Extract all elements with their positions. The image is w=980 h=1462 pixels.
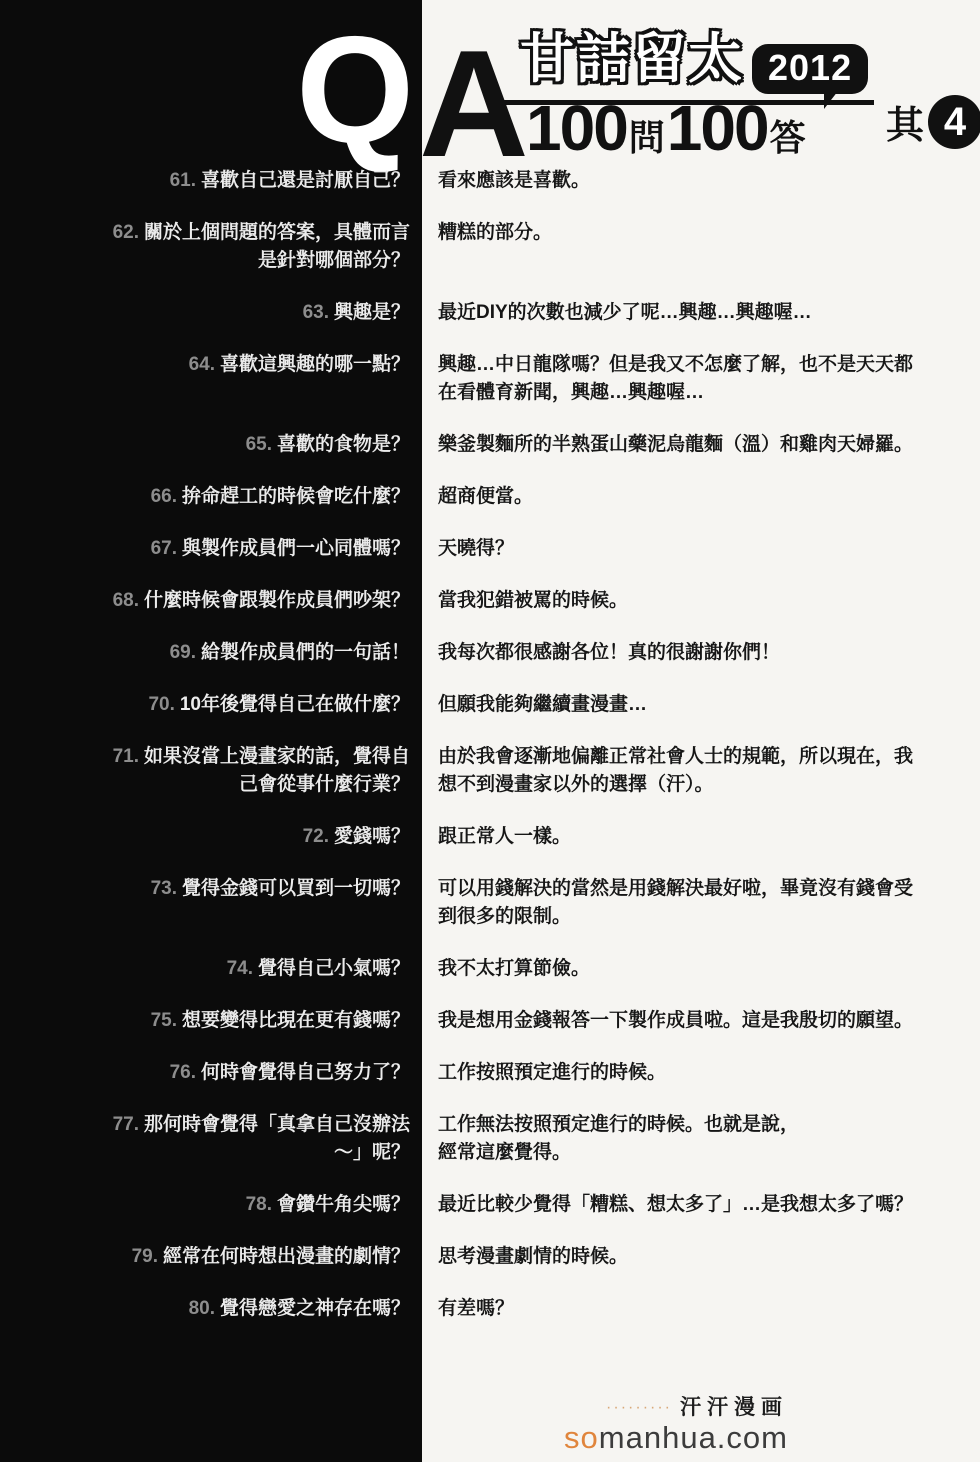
- qa-row: 80.覺得戀愛之神存在嗎？ 有差嗎？: [0, 1295, 980, 1323]
- qa-row: 74.覺得自己小氣嗎？ 我不太打算節儉。: [0, 955, 980, 983]
- watermark-dots: ·········: [606, 1399, 672, 1416]
- question-text: 給製作成員們的一句話！: [201, 642, 410, 663]
- answer-text: 由於我會逐漸地偏離正常社會人士的規範，所以現在，我 想不到漫畫家以外的選擇（汗）…: [438, 746, 913, 795]
- part-badge: 其 4: [886, 94, 980, 149]
- answer-cell: 天曉得？: [422, 535, 980, 563]
- question-text: 會鑽牛角尖嗎？: [277, 1194, 410, 1215]
- question-cell: 72.愛錢嗎？: [0, 823, 422, 851]
- qa-row: 66.拚命趕工的時候會吃什麼？ 超商便當。: [0, 483, 980, 511]
- answer-cell: 工作無法按照預定進行的時候。也就是說， 經常這麼覺得。: [422, 1111, 980, 1167]
- answer-text: 但願我能夠繼續畫漫畫…: [438, 694, 647, 715]
- qa-row: 69.給製作成員們的一句話！ 我每次都很感謝各位！真的很謝謝你們！: [0, 639, 980, 667]
- answer-text: 工作按照預定進行的時候。: [438, 1062, 666, 1083]
- question-text: 與製作成員們一心同體嗎？: [182, 538, 410, 559]
- answer-text: 有差嗎？: [438, 1298, 514, 1319]
- question-number: 65.: [246, 434, 272, 455]
- answer-cell: 最近DIY的次數也減少了呢…興趣…興趣喔…: [422, 299, 980, 327]
- question-number: 70.: [148, 694, 174, 715]
- qa-row: 73.覺得金錢可以買到一切嗎？ 可以用錢解決的當然是用錢解決最好啦，畢竟沒有錢會…: [0, 875, 980, 931]
- answer-cell: 可以用錢解決的當然是用錢解決最好啦，畢竟沒有錢會受 到很多的限制。: [422, 875, 980, 931]
- part-number-circle: 4: [928, 95, 980, 149]
- answer-text: 我是想用金錢報答一下製作成員啦。這是我殷切的願望。: [438, 1010, 913, 1031]
- question-text: 喜歡的食物是？: [277, 434, 410, 455]
- answer-text: 興趣…中日龍隊嗎？但是我又不怎麼了解，也不是天天都 在看體育新聞，興趣…興趣喔…: [438, 354, 913, 403]
- question-text: 喜歡自己還是討厭自己？: [201, 170, 410, 191]
- question-text: 想要變得比現在更有錢嗎？: [182, 1010, 410, 1031]
- question-number: 71.: [113, 746, 139, 767]
- question-text: 覺得戀愛之神存在嗎？: [220, 1298, 410, 1319]
- qa-row: 79.經常在何時想出漫畫的劇情？ 思考漫畫劇情的時候。: [0, 1243, 980, 1271]
- answer-text: 最近比較少覺得「糟糕、想太多了」…是我想太多了嗎？: [438, 1194, 913, 1215]
- author-name-logo: 甘詰留太: [520, 30, 744, 89]
- question-number: 67.: [151, 538, 177, 559]
- question-number: 68.: [113, 590, 139, 611]
- question-number: 69.: [170, 642, 196, 663]
- answer-cell: 跟正常人一樣。: [422, 823, 980, 851]
- qa-list: 61.喜歡自己還是討厭自己？ 看來應該是喜歡。 62.關於上個問題的答案，具體而…: [0, 167, 980, 1347]
- answer-text: 超商便當。: [438, 486, 533, 507]
- answer-cell: 思考漫畫劇情的時候。: [422, 1243, 980, 1271]
- answer-cell: 但願我能夠繼續畫漫畫…: [422, 691, 980, 719]
- watermark-url-tail: manhua.com: [599, 1420, 788, 1455]
- watermark-url: somanhua.com: [520, 1421, 788, 1455]
- question-cell: 69.給製作成員們的一句話！: [0, 639, 422, 667]
- question-cell: 77.那何時會覺得「真拿自己沒辦法 ～」呢？: [0, 1111, 422, 1167]
- question-cell: 62.關於上個問題的答案，具體而言 是針對哪個部分？: [0, 219, 422, 275]
- answer-text: 當我犯錯被罵的時候。: [438, 590, 628, 611]
- question-cell: 67.與製作成員們一心同體嗎？: [0, 535, 422, 563]
- question-number: 62.: [113, 222, 139, 243]
- answer-text: 糟糕的部分。: [438, 222, 552, 243]
- question-cell: 66.拚命趕工的時候會吃什麼？: [0, 483, 422, 511]
- question-text: 愛錢嗎？: [334, 826, 410, 847]
- answer-text: 最近DIY的次數也減少了呢…興趣…興趣喔…: [438, 302, 812, 323]
- part-prefix-label: 其: [886, 94, 924, 149]
- series-title-number: 100: [667, 96, 768, 160]
- qa-row: 62.關於上個問題的答案，具體而言 是針對哪個部分？ 糟糕的部分。: [0, 219, 980, 275]
- series-title-number: 100: [526, 96, 627, 160]
- question-cell: 79.經常在何時想出漫畫的劇情？: [0, 1243, 422, 1271]
- answer-cell: 興趣…中日龍隊嗎？但是我又不怎麼了解，也不是天天都 在看體育新聞，興趣…興趣喔…: [422, 351, 980, 407]
- question-cell: 63.興趣是？: [0, 299, 422, 327]
- answer-text: 我不太打算節儉。: [438, 958, 590, 979]
- question-cell: 64.喜歡這興趣的哪一點？: [0, 351, 422, 379]
- question-number: 66.: [151, 486, 177, 507]
- question-number: 73.: [151, 878, 177, 899]
- question-cell: 71.如果沒當上漫畫家的話，覺得自 己會從事什麼行業？: [0, 743, 422, 799]
- question-text: 喜歡這興趣的哪一點？: [220, 354, 410, 375]
- question-number: 74.: [227, 958, 253, 979]
- answer-cell: 由於我會逐漸地偏離正常社會人士的規範，所以現在，我 想不到漫畫家以外的選擇（汗）…: [422, 743, 980, 799]
- answer-cell: 超商便當。: [422, 483, 980, 511]
- year-badge-tail: [824, 91, 838, 109]
- question-text: 覺得自己小氣嗎？: [258, 958, 410, 979]
- question-text: 覺得金錢可以買到一切嗎？: [182, 878, 410, 899]
- answer-cell: 看來應該是喜歡。: [422, 167, 980, 195]
- question-number: 78.: [246, 1194, 272, 1215]
- answer-text: 工作無法按照預定進行的時候。也就是說， 經常這麼覺得。: [438, 1114, 799, 1163]
- answer-cell: 樂釜製麵所的半熟蛋山藥泥烏龍麵（溫）和雞肉天婦羅。: [422, 431, 980, 459]
- answer-cell: 工作按照預定進行的時候。: [422, 1059, 980, 1087]
- question-text: 什麼時候會跟製作成員們吵架？: [144, 590, 410, 611]
- question-number: 80.: [189, 1298, 215, 1319]
- question-cell: 73.覺得金錢可以買到一切嗎？: [0, 875, 422, 903]
- year-badge-label: 2012: [768, 47, 852, 88]
- qa-row: 61.喜歡自己還是討厭自己？ 看來應該是喜歡。: [0, 167, 980, 195]
- answer-text: 天曉得？: [438, 538, 514, 559]
- answer-text: 我每次都很感謝各位！真的很謝謝你們！: [438, 642, 780, 663]
- answer-cell: 糟糕的部分。: [422, 219, 980, 247]
- question-text: 關於上個問題的答案，具體而言 是針對哪個部分？: [144, 222, 410, 271]
- question-number: 61.: [170, 170, 196, 191]
- question-number: 79.: [132, 1246, 158, 1267]
- answer-cell: 我不太打算節儉。: [422, 955, 980, 983]
- answer-text: 跟正常人一樣。: [438, 826, 571, 847]
- qa-row: 78.會鑽牛角尖嗎？ 最近比較少覺得「糟糕、想太多了」…是我想太多了嗎？: [0, 1191, 980, 1219]
- question-cell: 80.覺得戀愛之神存在嗎？: [0, 1295, 422, 1323]
- question-text: 那何時會覺得「真拿自己沒辦法 ～」呢？: [144, 1114, 410, 1163]
- logo-q-letter: Q: [296, 14, 408, 166]
- question-cell: 70.10年後覺得自己在做什麼？: [0, 691, 422, 719]
- qa-row: 77.那何時會覺得「真拿自己沒辦法 ～」呢？ 工作無法按照預定進行的時候。也就是…: [0, 1111, 980, 1167]
- manga-qa-page: Q A 甘詰留太 2012 100 問 100 答 其 4 61.喜歡自己還是討…: [0, 0, 980, 1462]
- series-title-kanji-question: 問: [627, 120, 667, 160]
- question-cell: 61.喜歡自己還是討厭自己？: [0, 167, 422, 195]
- question-text: 興趣是？: [334, 302, 410, 323]
- answer-cell: 我是想用金錢報答一下製作成員啦。這是我殷切的願望。: [422, 1007, 980, 1035]
- qa-row: 72.愛錢嗎？ 跟正常人一樣。: [0, 823, 980, 851]
- qa-row: 63.興趣是？ 最近DIY的次數也減少了呢…興趣…興趣喔…: [0, 299, 980, 327]
- answer-cell: 有差嗎？: [422, 1295, 980, 1323]
- qa-row: 75.想要變得比現在更有錢嗎？ 我是想用金錢報答一下製作成員啦。這是我殷切的願望…: [0, 1007, 980, 1035]
- year-badge: 2012: [752, 44, 868, 94]
- qa-row: 67.與製作成員們一心同體嗎？ 天曉得？: [0, 535, 980, 563]
- answer-text: 看來應該是喜歡。: [438, 170, 590, 191]
- question-cell: 68.什麼時候會跟製作成員們吵架？: [0, 587, 422, 615]
- watermark-site-line: ·········汗汗漫画: [520, 1396, 788, 1419]
- question-cell: 76.何時會覺得自己努力了？: [0, 1059, 422, 1087]
- qa-row: 68.什麼時候會跟製作成員們吵架？ 當我犯錯被罵的時候。: [0, 587, 980, 615]
- question-number: 75.: [151, 1010, 177, 1031]
- question-text: 拚命趕工的時候會吃什麼？: [182, 486, 410, 507]
- question-text: 何時會覺得自己努力了？: [201, 1062, 410, 1083]
- question-cell: 75.想要變得比現在更有錢嗎？: [0, 1007, 422, 1035]
- question-cell: 78.會鑽牛角尖嗎？: [0, 1191, 422, 1219]
- series-title-kanji-answer: 答: [768, 120, 808, 160]
- answer-text: 思考漫畫劇情的時候。: [438, 1246, 628, 1267]
- qa-row: 64.喜歡這興趣的哪一點？ 興趣…中日龍隊嗎？但是我又不怎麼了解，也不是天天都 …: [0, 351, 980, 407]
- question-text: 10年後覺得自己在做什麼？: [180, 694, 410, 715]
- question-cell: 74.覺得自己小氣嗎？: [0, 955, 422, 983]
- question-text: 經常在何時想出漫畫的劇情？: [163, 1246, 410, 1267]
- qa-row: 76.何時會覺得自己努力了？ 工作按照預定進行的時候。: [0, 1059, 980, 1087]
- question-number: 77.: [113, 1114, 139, 1135]
- question-cell: 65.喜歡的食物是？: [0, 431, 422, 459]
- answer-text: 樂釜製麵所的半熟蛋山藥泥烏龍麵（溫）和雞肉天婦羅。: [438, 434, 913, 455]
- question-text: 如果沒當上漫畫家的話，覺得自 己會從事什麼行業？: [144, 746, 410, 795]
- answer-cell: 我每次都很感謝各位！真的很謝謝你們！: [422, 639, 980, 667]
- qa-row: 65.喜歡的食物是？ 樂釜製麵所的半熟蛋山藥泥烏龍麵（溫）和雞肉天婦羅。: [0, 431, 980, 459]
- question-number: 76.: [170, 1062, 196, 1083]
- answer-text: 可以用錢解決的當然是用錢解決最好啦，畢竟沒有錢會受 到很多的限制。: [438, 878, 913, 927]
- qa-row: 70.10年後覺得自己在做什麼？ 但願我能夠繼續畫漫畫…: [0, 691, 980, 719]
- question-number: 63.: [303, 302, 329, 323]
- watermark-url-head: so: [564, 1420, 599, 1455]
- series-title: 100 問 100 答: [526, 96, 808, 160]
- watermark: ·········汗汗漫画 somanhua.com: [520, 1396, 788, 1455]
- qa-row: 71.如果沒當上漫畫家的話，覺得自 己會從事什麼行業？ 由於我會逐漸地偏離正常社…: [0, 743, 980, 799]
- answer-cell: 當我犯錯被罵的時候。: [422, 587, 980, 615]
- watermark-site-name: 汗汗漫画: [680, 1396, 788, 1419]
- answer-cell: 最近比較少覺得「糟糕、想太多了」…是我想太多了嗎？: [422, 1191, 980, 1219]
- question-number: 72.: [303, 826, 329, 847]
- question-number: 64.: [189, 354, 215, 375]
